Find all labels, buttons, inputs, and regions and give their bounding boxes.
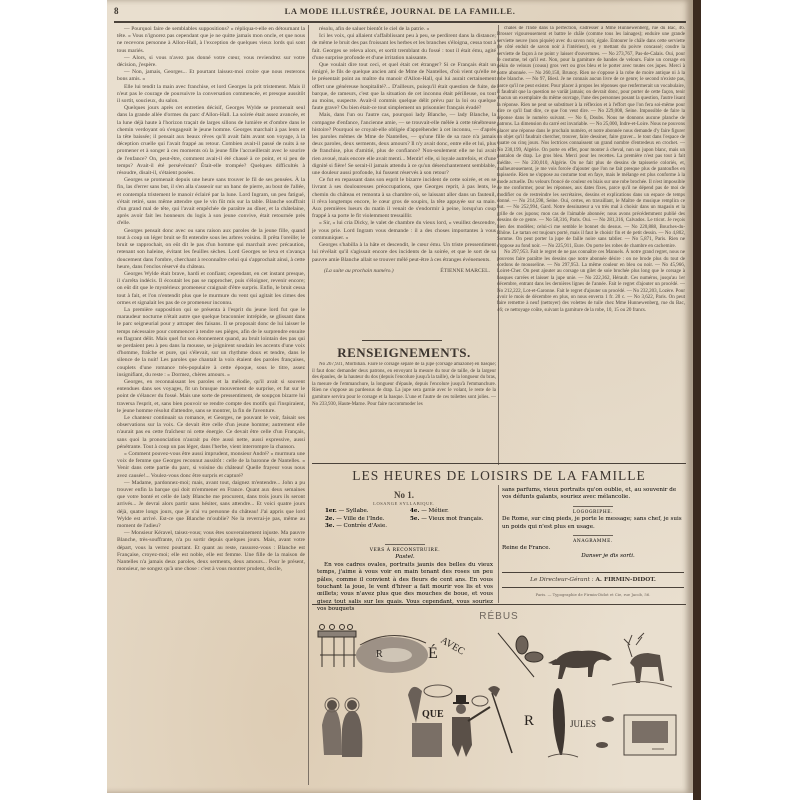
clue-3: 3e. — Contrée d'Asie.	[325, 523, 410, 531]
loisirs-divider	[498, 485, 499, 603]
paragraph: — Monsieur Kéravel, taisez-vous; vous êt…	[117, 530, 305, 573]
stag-icon	[612, 633, 672, 687]
director-line: Le Directeur-Gérant : A. FIRMIN-DIDOT.	[502, 577, 684, 583]
anagramme-text: Reine de France.	[502, 545, 684, 552]
paragraph: Ici les voix, qui allaient s'affaiblissa…	[312, 33, 496, 62]
renseignements-heading: RENSEIGNEMENTS.	[312, 345, 496, 361]
verse-subtitle: Pastel.	[317, 554, 493, 561]
nest-icon	[356, 635, 428, 673]
paragraph: « Comment pouvez-vous être aussi imprude…	[117, 451, 305, 480]
newspaper-page: 8 LA MODE ILLUSTRÉE, JOURNAL DE LA FAMIL…	[107, 0, 693, 793]
column-3-answers: châles de l'Inde dans la perfection, s'a…	[497, 26, 685, 474]
column-2-feuilleton: résolu, afin de saluer bientôt le ciel d…	[312, 26, 496, 334]
logogriphe-heading: LOGOGRIPHE.	[502, 509, 684, 516]
printer-imprint: Paris. — Typographie de Firmin-Didot et …	[502, 592, 684, 597]
clue-5: 5e. — Vieux mot français.	[410, 516, 495, 524]
paragraph: Georges Wylde était brave, hardi et conf…	[117, 271, 305, 307]
journal-title: LA MODE ILLUSTRÉE, JOURNAL DE LA FAMILLE…	[114, 6, 686, 16]
masthead-rule	[114, 21, 686, 23]
paragraph: châles de l'Inde dans la perfection, s'a…	[497, 26, 685, 250]
loisirs-top-rule	[312, 463, 686, 464]
paragraph: Quelques jours après cet entretien décis…	[117, 105, 305, 177]
rebus-letter-r: R	[376, 649, 383, 660]
paragraph: Elle lui tendit la main avec franchise, …	[117, 84, 305, 106]
loisirs-right-column: sans parfums, vieux portraits qu'on oubl…	[502, 487, 684, 560]
logogriphe-text: De Rome, sur cinq pieds, je porte le mes…	[502, 516, 684, 531]
anagramme-hint: Danser je dis sorti.	[502, 553, 684, 560]
paragraph: Georges se promenait depuis une heure sa…	[117, 177, 305, 227]
column-divider-1	[308, 25, 309, 785]
signature-line: (La suite au prochain numéro.) ÉTIENNE M…	[312, 264, 496, 275]
paragraph: No 297,953. Fait le regret de ne pas con…	[497, 250, 685, 314]
framed-picture-icon	[624, 715, 676, 755]
losange-heading: LOSANGE SYLLABIQUE.	[312, 501, 496, 506]
page-edge-shadow	[693, 0, 701, 800]
paragraph: — Alors, si vous n'avez pas donné votre …	[117, 55, 305, 69]
divider	[573, 535, 613, 536]
verse-heading: VERS À RECONSTRUIRE.	[317, 547, 493, 554]
clue-1: 1er. — Syllabe.	[325, 508, 410, 516]
rebus-drawings	[312, 605, 686, 765]
rebus-word-jules: JULES	[570, 719, 596, 729]
footer-rule-bottom	[502, 587, 684, 588]
table-with-birds-icon	[318, 625, 356, 668]
director-label: Le Directeur-Gérant :	[530, 577, 593, 583]
renseignements-body: No 267,931, Morbihan. Faire le corsage s…	[312, 362, 496, 424]
man-with-telescope-icon	[452, 686, 512, 757]
paragraph: Ce fut en repassant dans son esprit le b…	[312, 177, 496, 220]
paragraph: « Sir, » lui cria Dicky, le valet de cha…	[312, 220, 496, 242]
divider	[385, 544, 425, 545]
verse-continued: sans parfums, vieux portraits qu'on oubl…	[502, 487, 684, 502]
paragraph: Georges s'habilla à la hâte et descendit…	[312, 242, 496, 264]
box-and-scroll-icon	[408, 685, 452, 757]
paragraph: Que voulait dire tout ceci, et quel étai…	[312, 62, 496, 112]
divider	[573, 506, 613, 507]
masthead: 8 LA MODE ILLUSTRÉE, JOURNAL DE LA FAMIL…	[114, 4, 686, 18]
losange-clues: 1er. — Syllabe. 4e. — Métier. 2e. — Vill…	[325, 508, 495, 531]
continued-note: (La suite au prochain numéro.)	[324, 268, 394, 275]
paragraph: Le chanteur continuait sa romance, et Ge…	[117, 415, 305, 451]
rebus-illustration: RÉBUS	[312, 605, 686, 765]
paragraph: La première supposition qui se présenta …	[117, 307, 305, 379]
paragraph: — Madame, pardonnez-moi; mais, avant tou…	[117, 480, 305, 530]
column-1-feuilleton: — Pourquoi faire de semblables suppositi…	[117, 26, 305, 786]
footprints-icon	[596, 716, 614, 748]
rebus-letter-r2: R	[524, 713, 534, 730]
paragraph: Mais, dans l'un ou l'autre cas, pourquoi…	[312, 112, 496, 177]
puzzle-number: No 1.	[312, 490, 496, 500]
verse-puzzle: VERS À RECONSTRUIRE. Pastel. En vos cadr…	[317, 540, 493, 614]
rebus-letter-e-accent: É	[428, 645, 438, 663]
rebus-word-que: QUE	[422, 709, 444, 720]
author-name: ÉTIENNE MARCEL.	[440, 268, 490, 275]
paragraph: — Non, jamais, Georges... Et pourtant la…	[117, 69, 305, 83]
paragraph: Georges, en reconnaissant les paroles et…	[117, 379, 305, 415]
loisirs-heading: LES HEURES DE LOISIRS DE LA FAMILLE	[312, 468, 686, 484]
paragraph: Georges pensait donc avec ou sans raison…	[117, 228, 305, 271]
olive-branch-icon	[498, 633, 543, 677]
director-name: A. FIRMIN-DIDOT.	[595, 577, 655, 583]
two-saints-icon	[322, 698, 362, 757]
anagramme-heading: ANAGRAMME.	[502, 538, 684, 545]
footer-rule-top	[502, 572, 684, 573]
paragraph: No 267,931, Morbihan. Faire le corsage s…	[312, 362, 496, 408]
section-rule	[362, 340, 442, 341]
fox-icon	[548, 651, 612, 679]
paragraph: — Pourquoi faire de semblables suppositi…	[117, 26, 305, 55]
clue-4: 4e. — Métier.	[410, 508, 495, 516]
